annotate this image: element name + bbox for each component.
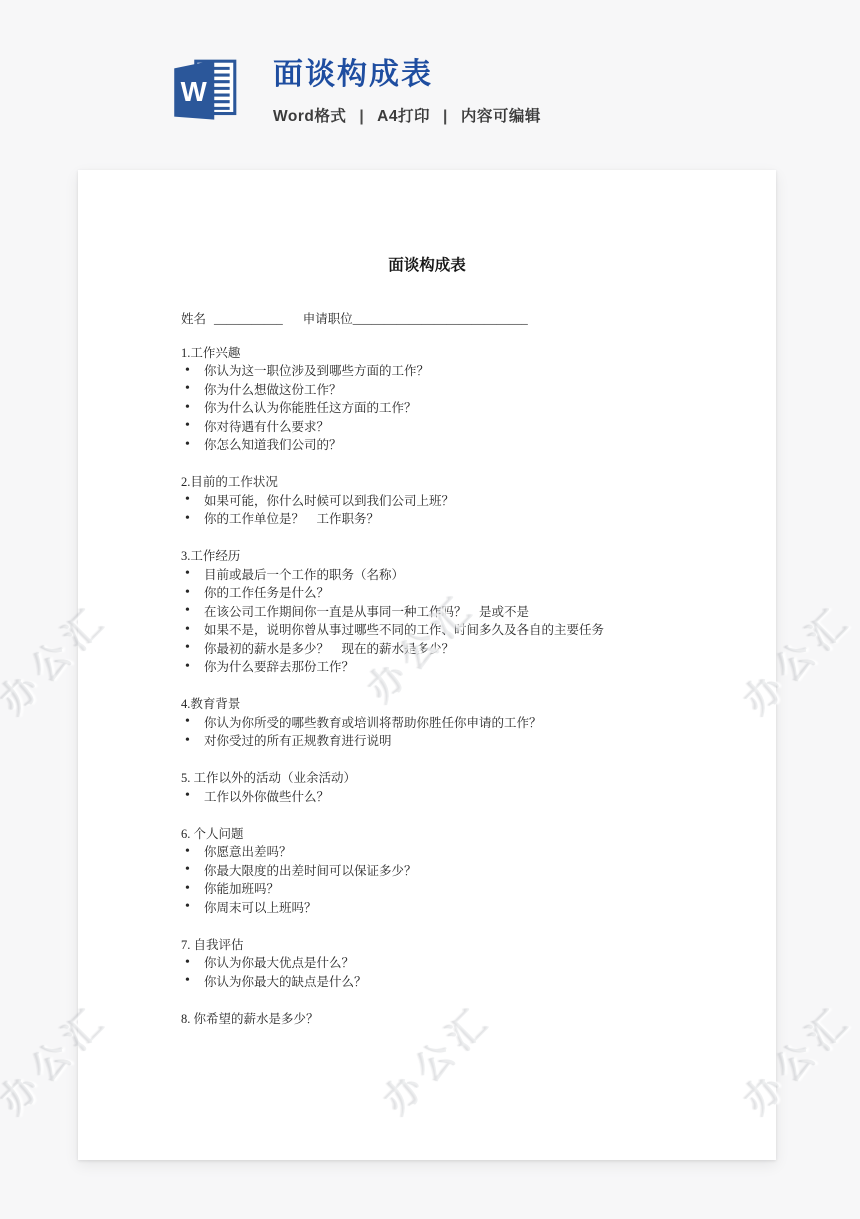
document-page: 面谈构成表 姓名___________申请职位_________________… (78, 170, 776, 1160)
subtitle-editable: 内容可编辑 (461, 108, 541, 125)
section-heading: 5. 工作以外的活动（业余活动） (181, 769, 720, 788)
question-item: 你的工作任务是什么？ (181, 584, 720, 603)
question-item: 在该公司工作期间你一直是从事同一种工作吗？ 是或不是 (181, 603, 720, 622)
position-label: 申请职位 (303, 312, 353, 326)
question-item: 目前或最后一个工作的职务（名称） (181, 566, 720, 585)
name-blank-field: ___________ (214, 312, 283, 326)
word-icon: W (165, 56, 243, 130)
document-sections: 1.工作兴趣 你认为这一职位涉及到哪些方面的工作？你为什么想做这份工作？你为什么… (181, 344, 720, 1029)
form-section: 8. 你希望的薪水是多少？ (181, 1010, 720, 1029)
position-blank-field: ____________________________ (353, 312, 528, 326)
question-item: 对你受过的所有正规教育进行说明 (181, 732, 720, 751)
section-heading: 1.工作兴趣 (181, 344, 720, 363)
question-item: 你认为你所受的哪些教育或培训将帮助你胜任你申请的工作？ (181, 714, 720, 733)
word-icon-letter: W (181, 76, 208, 107)
document-body: 姓名___________申请职位_______________________… (181, 310, 720, 1028)
question-item: 你能加班吗？ (181, 880, 720, 899)
form-section: 6. 个人问题 你愿意出差吗？你最大限度的出差时间可以保证多少？你能加班吗？你周… (181, 825, 720, 918)
document-title: 面谈构成表 (78, 257, 776, 275)
template-header: W 面谈构成表 Word格式|A4打印|内容可编辑 (165, 56, 541, 130)
question-list: 目前或最后一个工作的职务（名称）你的工作任务是什么？在该公司工作期间你一直是从事… (181, 566, 720, 677)
subtitle-format: Word格式 (273, 108, 346, 125)
form-section: 4.教育背景 你认为你所受的哪些教育或培训将帮助你胜任你申请的工作？对你受过的所… (181, 695, 720, 751)
section-heading: 8. 你希望的薪水是多少？ (181, 1010, 720, 1029)
question-item: 你为什么认为你能胜任这方面的工作？ (181, 399, 720, 418)
form-section: 2.目前的工作状况 如果可能，你什么时候可以到我们公司上班？你的工作单位是？ 工… (181, 473, 720, 529)
form-section: 3.工作经历 目前或最后一个工作的职务（名称）你的工作任务是什么？在该公司工作期… (181, 547, 720, 677)
question-list: 你认为你最大优点是什么？你认为你最大的缺点是什么？ (181, 954, 720, 991)
question-item: 如果可能，你什么时候可以到我们公司上班？ (181, 492, 720, 511)
question-list: 你认为你所受的哪些教育或培训将帮助你胜任你申请的工作？对你受过的所有正规教育进行… (181, 714, 720, 751)
question-item: 如果不是，说明你曾从事过哪些不同的工作、时间多久及各自的主要任务 (181, 621, 720, 640)
question-item: 你为什么要辞去那份工作？ (181, 658, 720, 677)
form-section: 1.工作兴趣 你认为这一职位涉及到哪些方面的工作？你为什么想做这份工作？你为什么… (181, 344, 720, 455)
question-item: 你为什么想做这份工作？ (181, 381, 720, 400)
section-heading: 7. 自我评估 (181, 936, 720, 955)
question-item: 工作以外你做些什么？ (181, 788, 720, 807)
question-item: 你周末可以上班吗？ (181, 899, 720, 918)
template-subtitle: Word格式|A4打印|内容可编辑 (273, 104, 541, 126)
section-heading: 2.目前的工作状况 (181, 473, 720, 492)
subtitle-separator: | (359, 108, 364, 125)
question-item: 你怎么知道我们公司的？ (181, 436, 720, 455)
question-list: 你认为这一职位涉及到哪些方面的工作？你为什么想做这份工作？你为什么认为你能胜任这… (181, 362, 720, 455)
question-item: 你认为这一职位涉及到哪些方面的工作？ (181, 362, 720, 381)
question-item: 你愿意出差吗？ (181, 843, 720, 862)
name-position-line: 姓名___________申请职位_______________________… (181, 310, 720, 329)
question-item: 你最初的薪水是多少？ 现在的薪水是多少？ (181, 640, 720, 659)
section-heading: 3.工作经历 (181, 547, 720, 566)
name-label: 姓名 (181, 312, 206, 326)
section-heading: 4.教育背景 (181, 695, 720, 714)
template-title: 面谈构成表 (273, 58, 541, 92)
question-list: 你愿意出差吗？你最大限度的出差时间可以保证多少？你能加班吗？你周末可以上班吗？ (181, 843, 720, 917)
subtitle-separator: | (443, 108, 448, 125)
question-item: 你最大限度的出差时间可以保证多少？ (181, 862, 720, 881)
question-list: 如果可能，你什么时候可以到我们公司上班？你的工作单位是？ 工作职务？ (181, 492, 720, 529)
question-item: 你认为你最大优点是什么？ (181, 954, 720, 973)
form-section: 5. 工作以外的活动（业余活动） 工作以外你做些什么？ (181, 769, 720, 806)
question-item: 你对待遇有什么要求？ (181, 418, 720, 437)
section-heading: 6. 个人问题 (181, 825, 720, 844)
question-list: 工作以外你做些什么？ (181, 788, 720, 807)
subtitle-print: A4打印 (377, 108, 430, 125)
form-section: 7. 自我评估 你认为你最大优点是什么？你认为你最大的缺点是什么？ (181, 936, 720, 992)
header-text: 面谈构成表 Word格式|A4打印|内容可编辑 (273, 56, 541, 130)
question-item: 你认为你最大的缺点是什么？ (181, 973, 720, 992)
question-item: 你的工作单位是？ 工作职务？ (181, 510, 720, 529)
